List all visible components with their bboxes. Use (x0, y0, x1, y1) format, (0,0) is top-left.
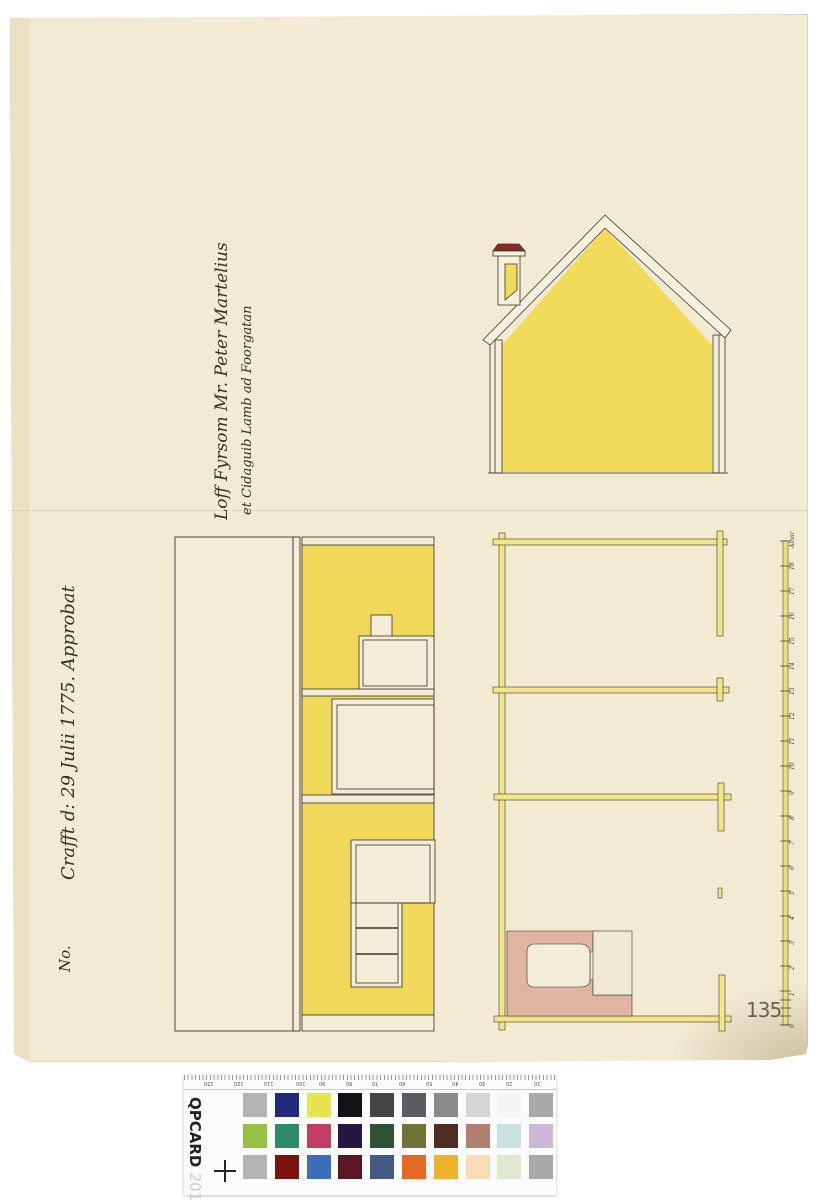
scale-tick-label: 17 (789, 587, 796, 595)
section-drawing (302, 537, 435, 1031)
scale-tick-label: 11 (789, 737, 796, 745)
ruler-label: 10 (534, 1080, 540, 1086)
color-swatch (243, 1093, 267, 1117)
ruler-label: 50 (426, 1080, 432, 1086)
color-swatch (338, 1155, 362, 1179)
color-swatch (307, 1155, 331, 1179)
ruler-label: 40 (452, 1080, 458, 1086)
color-swatch (402, 1155, 426, 1179)
color-swatch (243, 1124, 267, 1148)
ruler-label: 70 (372, 1080, 378, 1086)
scale-tick-label: 7 (789, 841, 796, 845)
card-ruler-labels: 130 120 110 100 90 80 70 60 50 40 30 20 … (184, 1080, 556, 1089)
crosshair-icon (214, 1160, 236, 1182)
color-swatch (497, 1124, 521, 1148)
scale-tick-label: 10 (789, 762, 796, 770)
card-brand-name: QPCARD (186, 1097, 204, 1167)
scale-tick-label: 13 (789, 687, 796, 695)
scale-tick-label: 15 (789, 637, 796, 645)
ruler-label: 20 (506, 1080, 512, 1086)
scale-tick-label: 0 (789, 1024, 796, 1028)
color-swatch (275, 1093, 299, 1117)
ruler-label: 30 (479, 1080, 485, 1086)
floor-plan-drawing (493, 531, 731, 1031)
color-swatch-grid (243, 1093, 553, 1179)
color-swatch (370, 1155, 394, 1179)
color-swatch (275, 1124, 299, 1148)
drawing-canvas (0, 0, 834, 1200)
color-swatch (497, 1155, 521, 1179)
long-elevation-outline (175, 537, 300, 1031)
scale-tick-label: 14 (789, 662, 796, 670)
gable-elevation-drawing (483, 215, 731, 473)
ruler-label: 100 (296, 1080, 306, 1086)
color-swatch (434, 1124, 458, 1148)
color-swatch (402, 1124, 426, 1148)
card-model-number: 201 (186, 1173, 204, 1200)
color-calibration-card: 130 120 110 100 90 80 70 60 50 40 30 20 … (184, 1075, 556, 1195)
scale-tick-label: 18 (789, 562, 796, 570)
color-swatch (497, 1093, 521, 1117)
color-swatch (466, 1155, 490, 1179)
scale-tick-label: 12 (789, 712, 796, 720)
scale-unit-label: Alnar (789, 531, 796, 548)
color-swatch (402, 1093, 426, 1117)
scale-tick-label: 16 (789, 612, 796, 620)
ruler-label: 130 (204, 1080, 214, 1086)
color-swatch (338, 1093, 362, 1117)
color-swatch (307, 1124, 331, 1148)
card-brand-logo: QPCARD 201 (186, 1097, 204, 1200)
scale-tick-label: 5 (789, 891, 796, 895)
ruler-label: 110 (264, 1080, 274, 1086)
color-swatch (434, 1093, 458, 1117)
scale-tick-label: 8 (789, 816, 796, 820)
scale-tick-label: 2 (789, 966, 796, 970)
ruler-label: 60 (399, 1080, 405, 1086)
scale-tick-label: 1 (789, 992, 796, 996)
color-swatch (275, 1155, 299, 1179)
color-swatch (370, 1124, 394, 1148)
ruler-label: 120 (234, 1080, 244, 1086)
color-swatch (466, 1124, 490, 1148)
scale-tick-label: 9 (789, 791, 796, 795)
color-swatch (370, 1093, 394, 1117)
ruler-label: 80 (346, 1080, 352, 1086)
color-swatch (307, 1093, 331, 1117)
color-swatch (338, 1124, 362, 1148)
color-swatch (434, 1155, 458, 1179)
color-swatch (529, 1155, 553, 1179)
scale-tick-label: 4 (789, 916, 796, 920)
color-swatch (529, 1093, 553, 1117)
color-swatch (243, 1155, 267, 1179)
ruler-label: 90 (319, 1080, 325, 1086)
scale-tick-label: 3 (789, 941, 796, 945)
color-swatch (529, 1124, 553, 1148)
scale-tick-label: 6 (789, 866, 796, 870)
color-swatch (466, 1093, 490, 1117)
